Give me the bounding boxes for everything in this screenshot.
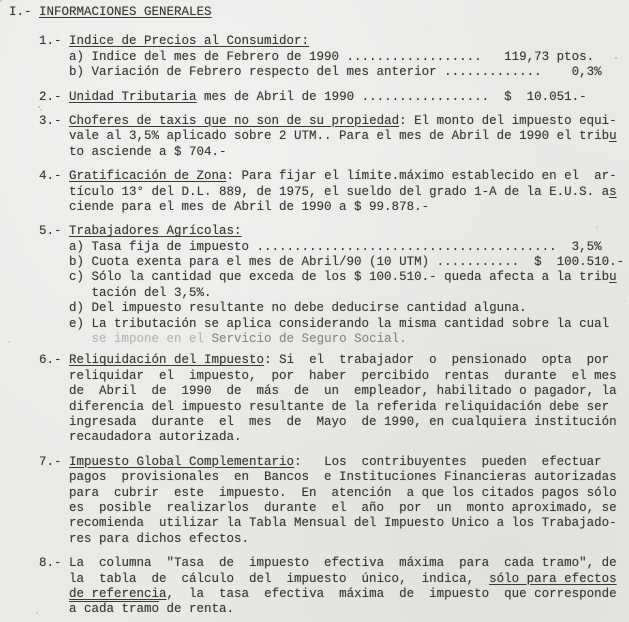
text-segment: b) Variación de Febrero respecto del mes… bbox=[9, 65, 602, 79]
text-segment: ingresada durante el mes de Mayo de 1990… bbox=[9, 415, 617, 429]
underlined-text: u bbox=[609, 129, 617, 143]
underlined-text: Trabajadores Agrícolas: bbox=[69, 224, 242, 238]
text-segment: 1.- bbox=[9, 34, 69, 48]
text-segment: la tabla de cálculo del impuesto único, … bbox=[9, 572, 489, 586]
text-segment: a) Tasa fija de impuesto ...............… bbox=[9, 240, 602, 254]
text-line: res para dichos efectos. bbox=[9, 532, 629, 547]
text-segment: se impone en el bbox=[92, 332, 212, 346]
text-segment: res para dichos efectos. bbox=[9, 532, 249, 546]
text-segment: : Los contribuyentes pueden efectuar bbox=[294, 455, 602, 469]
text-line: vale al 3,5% aplicado sobre 2 UTM.. Para… bbox=[9, 129, 629, 144]
text-segment bbox=[9, 587, 69, 601]
underlined-text: s bbox=[609, 185, 617, 199]
text-line: 2.- Unidad Tributaria mes de Abril de 19… bbox=[9, 90, 629, 105]
text-segment: recaudadora autorizada. bbox=[9, 430, 242, 444]
underlined-text: Choferes de taxis que no son de su propi… bbox=[69, 114, 399, 128]
text-segment: to asciende a $ 704.- bbox=[9, 145, 227, 159]
text-segment: tación del 3,5%. bbox=[9, 286, 212, 300]
text-segment bbox=[9, 332, 92, 346]
text-line: recaudadora autorizada. bbox=[9, 430, 629, 445]
text-line: es posible realizarlos durante el año po… bbox=[9, 501, 629, 516]
text-line: ingresada durante el mes de Mayo de 1990… bbox=[9, 415, 629, 430]
text-segment: recomienda utilizar la Tabla Mensual del… bbox=[9, 516, 617, 530]
text-segment: 5.- bbox=[9, 224, 69, 238]
text-segment: 6.- bbox=[9, 353, 69, 367]
section-4: 4.- Gratificación de Zona: Para fijar el… bbox=[9, 169, 629, 215]
section-6: 6.- Reliquidación del Impuesto: Si el tr… bbox=[9, 353, 629, 445]
section-1: 1.- Indice de Precios al Consumidor: a) … bbox=[9, 34, 629, 80]
underlined-text: INFORMACIONES GENERALES bbox=[39, 5, 212, 19]
text-line: d) Del impuesto resultante no debe deduc… bbox=[9, 301, 629, 316]
section-2: 2.- Unidad Tributaria mes de Abril de 19… bbox=[9, 90, 629, 105]
text-line: reliquidar el impuesto, por haber percib… bbox=[9, 369, 629, 384]
text-segment: Servicio de Seguro Social. bbox=[212, 332, 407, 346]
text-segment: : Para fijar el límite.máximo establecid… bbox=[227, 169, 617, 183]
text-segment: reliquidar el impuesto, por haber percib… bbox=[9, 369, 617, 383]
text-line: tación del 3,5%. bbox=[9, 286, 629, 301]
text-line: recomienda utilizar la Tabla Mensual del… bbox=[9, 516, 629, 531]
underlined-text: Unidad Tributaria bbox=[69, 90, 197, 104]
text-segment bbox=[9, 602, 69, 616]
underlined-text: u bbox=[609, 270, 617, 284]
text-segment: mes de Abril de 1990 ................. $… bbox=[197, 90, 587, 104]
text-segment: e) La tributación se aplica considerando… bbox=[9, 317, 609, 331]
text-segment: pagos provisionales en Bancos e Instituc… bbox=[9, 470, 617, 484]
text-line: para cubrir este impuesto. En atención a… bbox=[9, 486, 629, 501]
underlined-text: Gratificación de Zona bbox=[69, 169, 227, 183]
text-segment: de renta. bbox=[159, 602, 234, 616]
text-segment: ciende para el mes de Abril de 1990 a $ … bbox=[9, 200, 429, 214]
text-segment: diferencia del impuesto resultante de la… bbox=[9, 400, 609, 414]
text-line: 3.- Choferes de taxis que no son de su p… bbox=[9, 114, 629, 129]
underlined-text: Impuesto Global Complementario bbox=[69, 455, 294, 469]
underlined-text: de referencia bbox=[69, 587, 167, 601]
text-segment: La columna "Tasa de impuesto efectiva má… bbox=[69, 556, 617, 570]
text-line: la tabla de cálculo del impuesto único, … bbox=[9, 572, 629, 587]
text-line: c) Sólo la cantidad que exceda de los $ … bbox=[9, 270, 629, 285]
text-line: 4.- Gratificación de Zona: Para fijar el… bbox=[9, 169, 629, 184]
text-segment: d) Del impuesto resultante no debe deduc… bbox=[9, 301, 527, 315]
text-segment: 8.- bbox=[9, 556, 69, 570]
text-line: pagos provisionales en Bancos e Instituc… bbox=[9, 470, 629, 485]
section-8: 8.- La columna "Tasa de impuesto efectiv… bbox=[9, 556, 629, 618]
text-segment: I.- bbox=[9, 5, 39, 19]
overlined-text: a cada tramo bbox=[69, 602, 159, 616]
text-segment: 2.- bbox=[9, 90, 69, 104]
text-line: diferencia del impuesto resultante de la… bbox=[9, 400, 629, 415]
text-segment: c) Sólo la cantidad que exceda de los $ … bbox=[9, 270, 609, 284]
text-segment: : El monto del impuesto equi- bbox=[399, 114, 617, 128]
text-line: tículo 13° del D.L. 889, de 1975, el sue… bbox=[9, 185, 629, 200]
text-line: ciende para el mes de Abril de 1990 a $ … bbox=[9, 200, 629, 215]
text-line: b) Cuota exenta para el mes de Abril/90 … bbox=[9, 255, 629, 270]
text-segment: vale al 3,5% aplicado sobre 2 UTM.. Para… bbox=[9, 129, 609, 143]
text-segment: , la tasa efectiva máxima de impuesto qu… bbox=[167, 587, 617, 601]
text-line: 7.- Impuesto Global Complementario: Los … bbox=[9, 455, 629, 470]
text-line: 5.- Trabajadores Agrícolas: bbox=[9, 224, 629, 239]
text-line: de Abril de 1990 de más de un empleador,… bbox=[9, 384, 629, 399]
text-segment: a) Indice del mes de Febrero de 1990 ...… bbox=[9, 50, 594, 64]
doc-heading: I.- INFORMACIONES GENERALES bbox=[9, 5, 629, 20]
text-segment: 4.- bbox=[9, 169, 69, 183]
text-line: e) La tributación se aplica considerando… bbox=[9, 317, 629, 332]
underlined-text: Indice de Precios al Consumidor: bbox=[69, 34, 309, 48]
underlined-text: Reliquidación del Impuesto bbox=[69, 353, 264, 367]
text-segment: 3.- bbox=[9, 114, 69, 128]
text-line: 6.- Reliquidación del Impuesto: Si el tr… bbox=[9, 353, 629, 368]
scanned-document-page: I.- INFORMACIONES GENERALES 1.- Indice d… bbox=[0, 0, 629, 622]
text-segment: es posible realizarlos durante el año po… bbox=[9, 501, 617, 515]
text-segment: para cubrir este impuesto. En atención a… bbox=[9, 486, 617, 500]
text-segment: : Si el trabajador o pensionado opta por bbox=[264, 353, 609, 367]
text-line: a) Indice del mes de Febrero de 1990 ...… bbox=[9, 50, 629, 65]
text-segment: b) Cuota exenta para el mes de Abril/90 … bbox=[9, 255, 624, 269]
text-segment: 7.- bbox=[9, 455, 69, 469]
section-7: 7.- Impuesto Global Complementario: Los … bbox=[9, 455, 629, 547]
section-5: 5.- Trabajadores Agrícolas: a) Tasa fija… bbox=[9, 224, 629, 347]
text-segment: tículo 13° del D.L. 889, de 1975, el sue… bbox=[9, 185, 609, 199]
text-line: a) Tasa fija de impuesto ...............… bbox=[9, 240, 629, 255]
text-line: to asciende a $ 704.- bbox=[9, 145, 629, 160]
section-3: 3.- Choferes de taxis que no son de su p… bbox=[9, 114, 629, 160]
text-line: 8.- La columna "Tasa de impuesto efectiv… bbox=[9, 556, 629, 571]
text-line: se impone en el Servicio de Seguro Socia… bbox=[9, 332, 629, 347]
text-segment: de Abril de 1990 de más de un empleador,… bbox=[9, 384, 617, 398]
text-line: 1.- Indice de Precios al Consumidor: bbox=[9, 34, 629, 49]
text-line: I.- INFORMACIONES GENERALES bbox=[9, 5, 629, 20]
text-line: a cada tramo de renta. bbox=[9, 602, 629, 617]
underlined-text: sólo para efectos bbox=[489, 572, 617, 586]
text-line: de referencia, la tasa efectiva máxima d… bbox=[9, 587, 629, 602]
text-line: b) Variación de Febrero respecto del mes… bbox=[9, 65, 629, 80]
